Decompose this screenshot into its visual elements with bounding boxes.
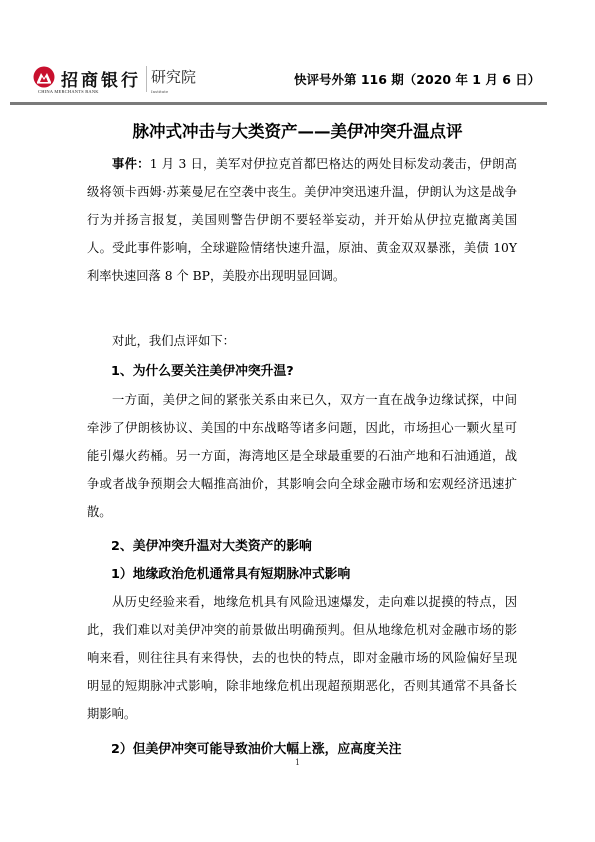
section-1-paragraph: 一方面，美伊之间的紧张关系由来已久，双方一直在战争边缘试探，中间牵涉了伊朗核协议… [87,386,517,526]
brand-divider [146,66,147,92]
cmb-logo-icon [33,66,55,88]
subsection-1-paragraph: 从历史经验来看，地缘危机具有风险迅速爆发，走向难以捉摸的特点，因此，我们难以对美… [87,588,517,728]
section-1-heading: 1、为什么要关注美伊冲突升温? [111,360,294,379]
page-number: 1 [0,758,595,767]
event-label: 事件： [112,157,150,171]
event-text: 1 月 3 日，美军对伊拉克首都巴格达的两处目标发动袭击，伊朗高级将领卡西姆·苏… [87,157,517,283]
document-title: 脉冲式冲击与大类资产——美伊冲突升温点评 [0,118,595,142]
brand-name-cn: 招商银行 [61,66,141,91]
page-header: 招商银行 CHINA MERCHANTS BANK 研究院 Institute … [0,0,595,110]
event-paragraph: 事件：1 月 3 日，美军对伊拉克首都巴格达的两处目标发动袭击，伊朗高级将领卡西… [87,150,517,290]
section-2-heading: 2、美伊冲突升温对大类资产的影响 [111,535,312,554]
issue-label: 快评号外第 116 期（2020 年 1 月 6 日） [294,70,540,88]
subsection-2-heading: 2）但美伊冲突可能导致油价大幅上涨，应高度关注 [111,738,401,757]
institute-name-cn: 研究院 [151,66,196,87]
subsection-1-heading: 1）地缘政治危机通常具有短期脉冲式影响 [111,563,350,582]
header-divider [10,102,547,105]
intro-paragraph: 对此，我们点评如下： [87,327,517,355]
institute-name-en: Institute [151,89,168,94]
brand-name-en: CHINA MERCHANTS BANK [38,89,99,94]
